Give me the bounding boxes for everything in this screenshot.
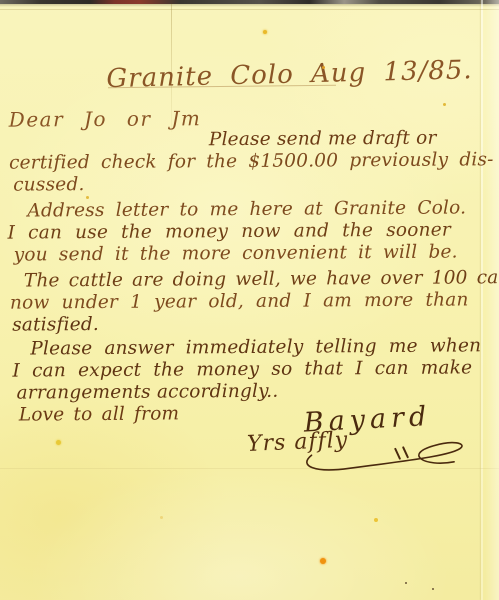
foxing-spot (320, 558, 326, 564)
letter-line: Please answer immediately telling me whe… (30, 335, 475, 360)
letter-line: satisfied. (12, 311, 475, 336)
letter-line: you send it the more convenient it will … (14, 241, 475, 266)
letter-line: I can expect the money so that I can mak… (12, 357, 475, 382)
signature-name: Bayard (303, 401, 432, 439)
letter-content: Granite Colo Aug 13/85. Dear Jo or Jm Pl… (0, 0, 485, 600)
foxing-spot (160, 516, 163, 519)
paper-speck (432, 588, 434, 590)
letter-line: now under 1 year old, and I am more than (10, 289, 475, 314)
letter-line: Please send me draft or (209, 127, 474, 151)
letter-line: cussed. (13, 171, 474, 196)
letter-line: Address letter to me here at Granite Col… (27, 197, 474, 222)
scanned-letter-page: Granite Colo Aug 13/85. Dear Jo or Jm Pl… (0, 0, 499, 600)
foxing-spot (86, 196, 89, 199)
paper-right-edge-highlight (485, 0, 499, 600)
letter-line: The cattle are doing well, we have over … (24, 267, 475, 292)
foxing-spot (374, 518, 378, 522)
signature-flourish-icon (303, 435, 475, 484)
foxing-spot (443, 103, 446, 106)
letter-line: arrangements accordingly.. (17, 379, 476, 404)
paper-speck (405, 582, 407, 584)
letter-body: Please send me draft orcertified check f… (7, 127, 476, 426)
signature-block: Bayard (303, 398, 482, 487)
foxing-spot (263, 30, 267, 34)
letter-line: I can use the money now and the sooner (7, 219, 474, 244)
foxing-spot (56, 440, 61, 445)
letter-line: certified check for the $1500.00 previou… (9, 149, 474, 174)
letter-dateline: Granite Colo Aug 13/85. (106, 55, 474, 95)
foxing-spot (322, 66, 325, 69)
